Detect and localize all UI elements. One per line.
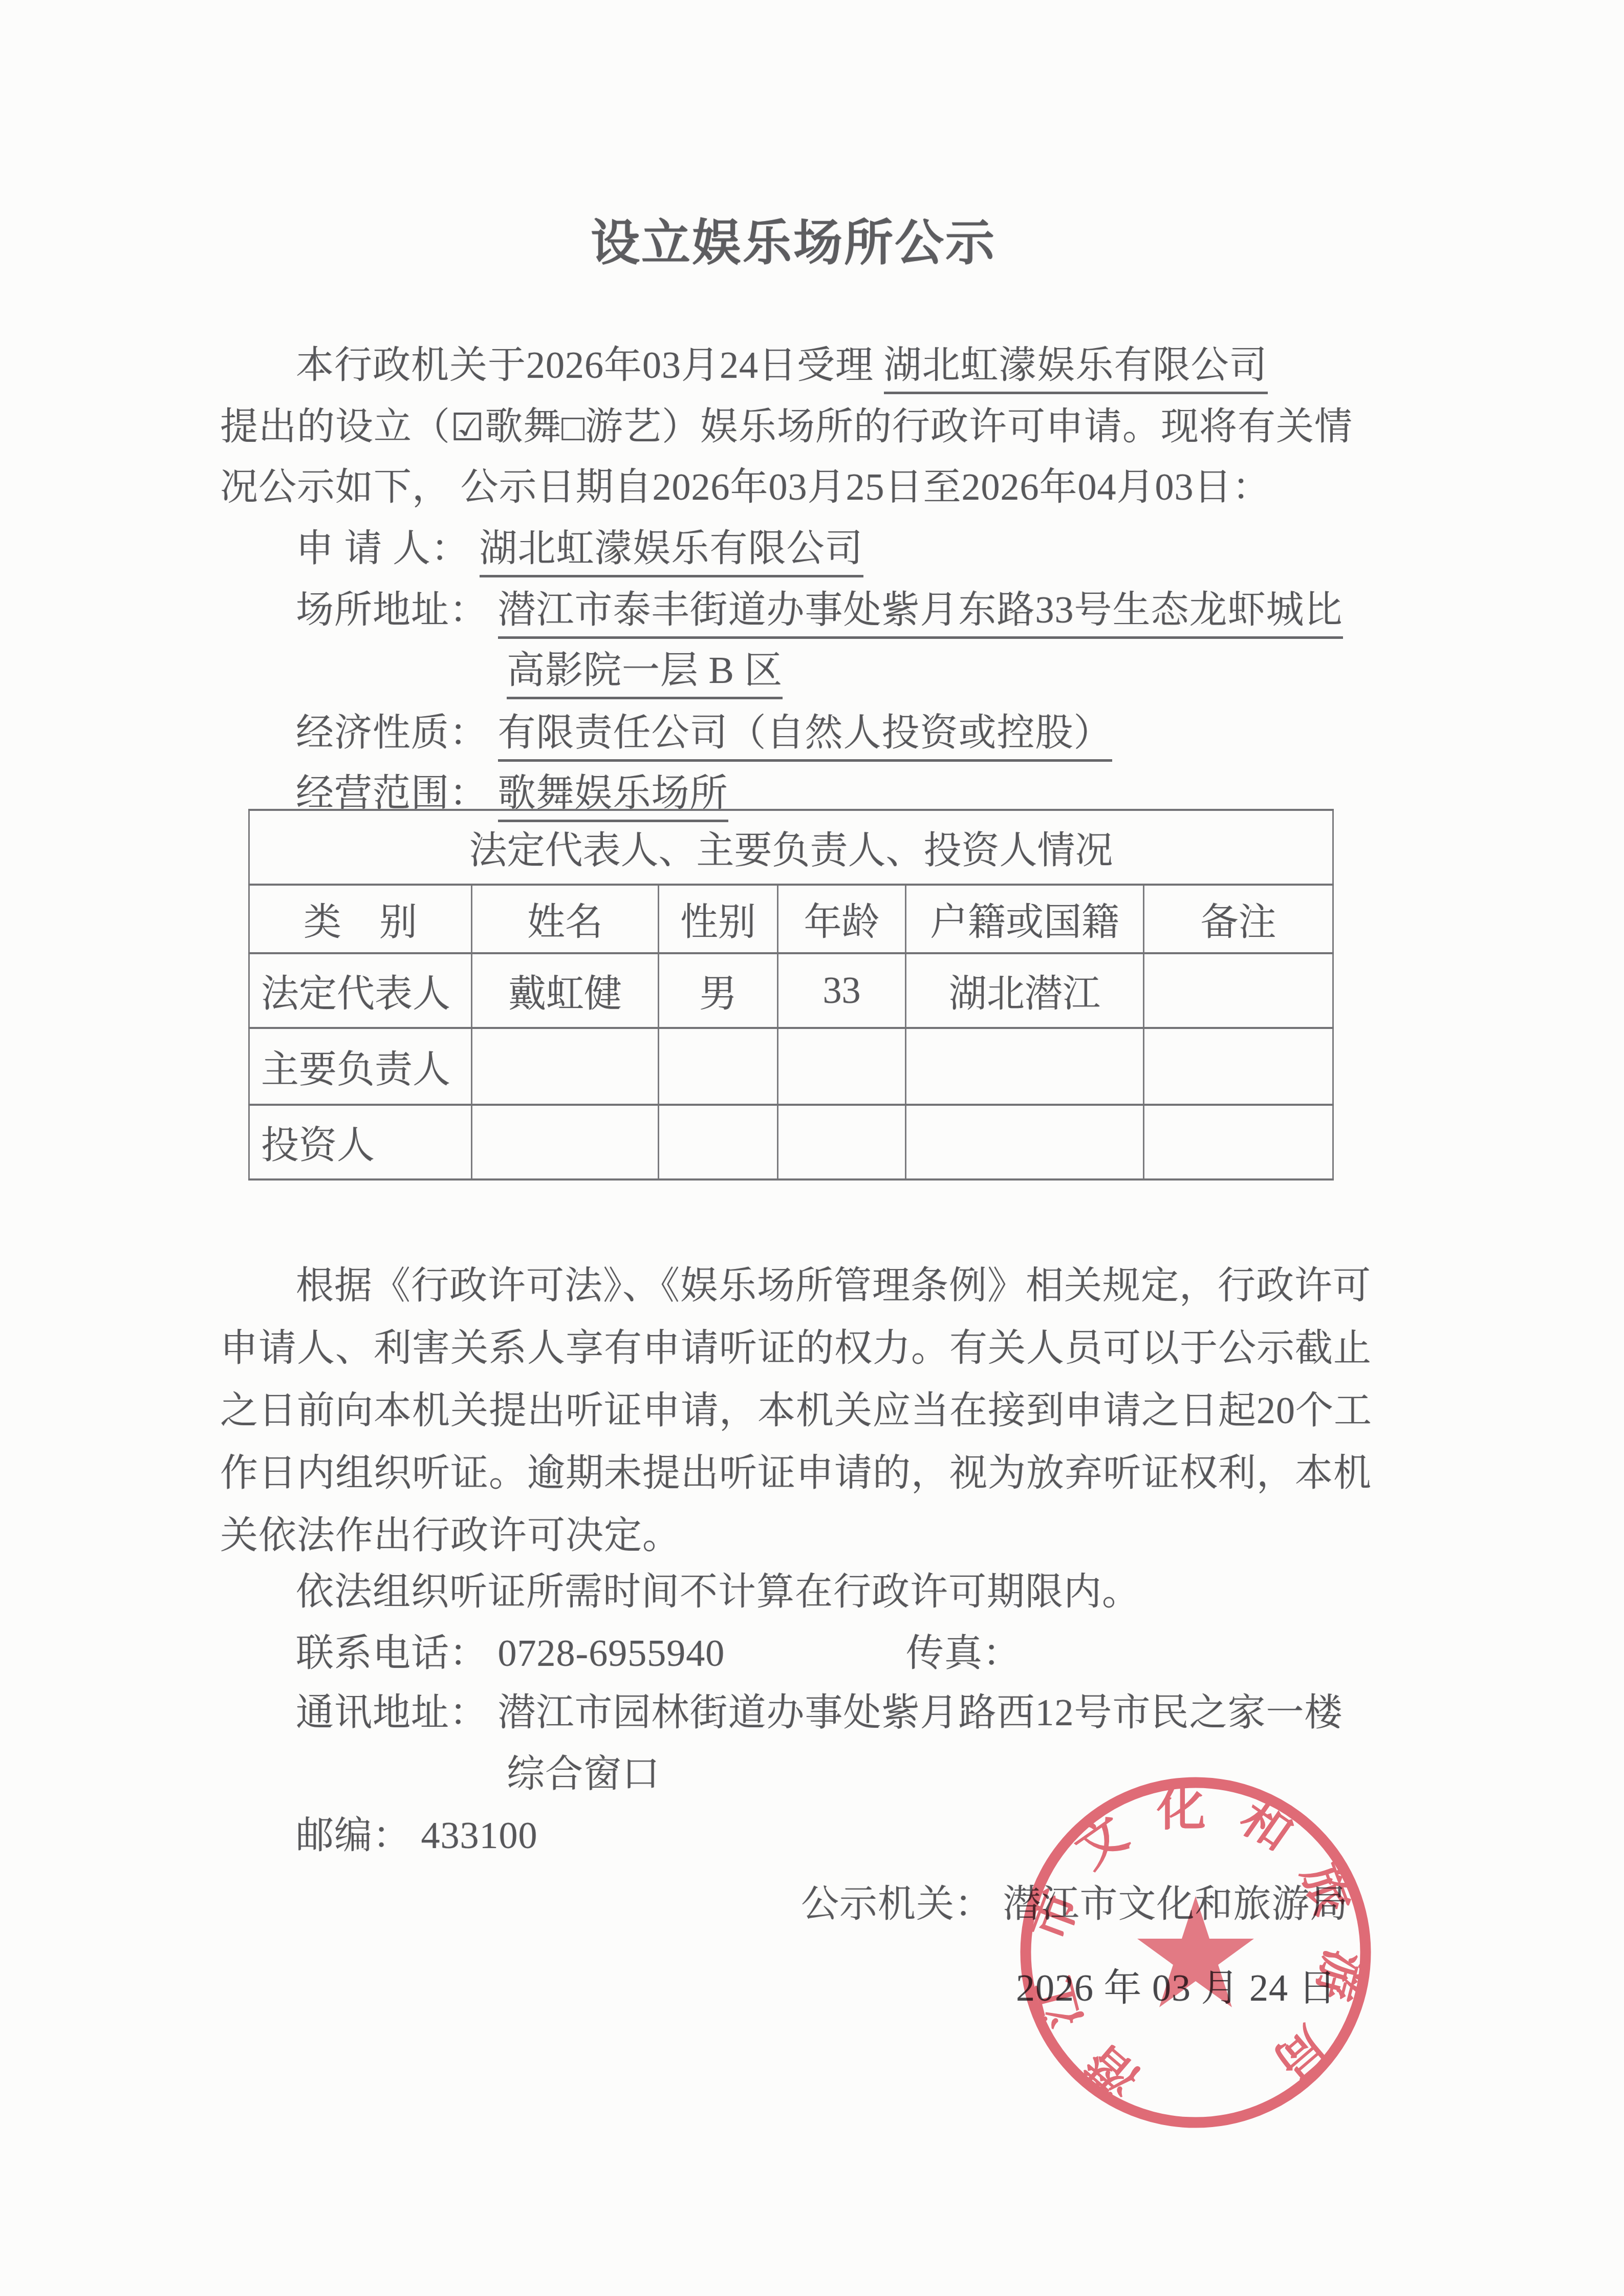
mailing-address-line2: 综合窗口 <box>507 1753 660 1796</box>
hearing-note: 依法组织听证所需时间不计算在行政许可期限内。 <box>296 1571 1140 1614</box>
legal-line-2: 申请人、利害关系人享有申请听证的权力。有关人员可以于公示截止 <box>220 1327 1372 1370</box>
cell-name: 戴虹健 <box>472 953 659 1028</box>
table-row-investor: 投资人 <box>249 1105 1333 1179</box>
mailing-address-label: 通讯地址： <box>296 1692 498 1734</box>
cell-remarks <box>1144 953 1333 1028</box>
cell-name <box>472 1028 659 1105</box>
fax-line: 传真： <box>906 1632 1021 1676</box>
applicant-name-underlined: 湖北虹濛娱乐有限公司 <box>884 345 1268 394</box>
intro-line-2: 提出的设立（☑歌舞□游艺）娱乐场所的行政许可申请。现将有关情 <box>220 405 1353 449</box>
intro-line2-pre: 提出的设立（ <box>220 406 450 448</box>
option-singing-dancing: 歌舞 <box>485 406 561 448</box>
field-venue-address: 场所地址： 潜江市泰丰街道办事处紫月东路33号生态龙虾城比 <box>296 589 1343 632</box>
cell-remarks <box>1144 1028 1333 1105</box>
col-header-residence: 户籍或国籍 <box>906 885 1144 953</box>
postcode-line: 邮编： 433100 <box>296 1814 538 1858</box>
table-caption: 法定代表人、主要负责人、投资人情况 <box>249 810 1333 885</box>
legal-line-1: 根据《行政许可法》、《娱乐场所管理条例》相关规定，行政许可 <box>296 1264 1371 1308</box>
field-economic-nature: 经济性质： 有限责任公司（自然人投资或控股） <box>296 712 1112 755</box>
checked-checkbox-icon: ☑ <box>450 406 485 450</box>
postcode-label: 邮编： <box>296 1815 421 1857</box>
mailing-address-value: 潜江市园林街道办事处紫月路西12号市民之家一楼 <box>498 1692 1343 1734</box>
phone-number: 0728-6955940 <box>498 1633 725 1675</box>
table-row-legal-rep: 法定代表人 戴虹健 男 33 湖北潜江 <box>249 953 1333 1028</box>
table-header-row: 类 别 姓名 性别 年龄 户籍或国籍 备注 <box>249 885 1333 953</box>
unchecked-checkbox-icon: □ <box>561 406 585 450</box>
col-header-category: 类 别 <box>249 885 472 953</box>
cell-residence <box>906 1028 1144 1105</box>
star-icon <box>1137 1896 1254 2007</box>
page-title: 设立娱乐场所公示 <box>220 204 1367 274</box>
field-venue-address-line2: 高影院一层 B 区 <box>507 649 783 693</box>
cell-category: 法定代表人 <box>249 953 472 1028</box>
field-venue-address-value: 潜江市泰丰街道办事处紫月东路33号生态龙虾城比 <box>498 589 1343 639</box>
cell-gender <box>659 1028 778 1105</box>
cell-age <box>778 1028 906 1105</box>
legal-line-5: 关依法作出行政许可决定。 <box>220 1514 681 1558</box>
cell-gender: 男 <box>659 953 778 1028</box>
cell-category: 投资人 <box>249 1105 472 1179</box>
field-applicant: 申 请 人： 湖北虹濛娱乐有限公司 <box>296 527 863 571</box>
legal-line-3: 之日前向本机关提出听证申请，本机关应当在接到申请之日起20个工 <box>220 1389 1372 1433</box>
table-caption-row: 法定代表人、主要负责人、投资人情况 <box>249 810 1333 885</box>
persons-table: 法定代表人、主要负责人、投资人情况 类 别 姓名 性别 年龄 户籍或国籍 备注 … <box>248 809 1334 1181</box>
cell-age: 33 <box>778 953 906 1028</box>
cell-residence: 湖北潜江 <box>906 953 1144 1028</box>
col-header-gender: 性别 <box>659 885 778 953</box>
field-economic-nature-label: 经济性质： <box>296 712 498 754</box>
col-header-age: 年龄 <box>778 885 906 953</box>
field-venue-address-label: 场所地址： <box>296 589 498 631</box>
fax-label: 传真： <box>906 1633 1021 1675</box>
seal-graphic: 潜江市文化和旅游局 <box>1001 1758 1390 2147</box>
authority-label: 公示机关： <box>801 1883 1003 1925</box>
col-header-name: 姓名 <box>472 885 659 953</box>
intro-line2-post: ）娱乐场所的行政许可申请。现将有关情 <box>662 406 1353 448</box>
field-applicant-label: 申 请 人： <box>296 528 480 570</box>
field-venue-address-value2: 高影院一层 B 区 <box>507 650 783 699</box>
postcode-value: 433100 <box>421 1815 538 1857</box>
intro-line-3: 况公示如下， 公示日期自2026年03月25日至2026年04月03日： <box>220 466 1271 509</box>
field-economic-nature-value: 有限责任公司（自然人投资或控股） <box>498 712 1112 762</box>
phone-line: 联系电话： 0728-6955940 <box>296 1632 725 1676</box>
scanned-notice-document: 设立娱乐场所公示 本行政机关于2026年03月24日受理 湖北虹濛娱乐有限公司 … <box>0 0 1624 2296</box>
cell-gender <box>659 1105 778 1179</box>
mailing-address-line: 通讯地址： 潜江市园林街道办事处紫月路西12号市民之家一楼 <box>296 1691 1343 1735</box>
table-row-principal: 主要负责人 <box>249 1028 1333 1105</box>
cell-residence <box>906 1105 1144 1179</box>
field-applicant-value: 湖北虹濛娱乐有限公司 <box>480 528 863 577</box>
cell-age <box>778 1105 906 1179</box>
phone-label: 联系电话： <box>296 1633 498 1675</box>
intro-line1-prefix: 本行政机关于2026年03月24日受理 <box>296 345 884 387</box>
cell-name <box>472 1105 659 1179</box>
cell-remarks <box>1144 1105 1333 1179</box>
cell-category: 主要负责人 <box>249 1028 472 1105</box>
field-business-scope-label: 经营范围： <box>296 773 498 814</box>
intro-line-1: 本行政机关于2026年03月24日受理 湖北虹濛娱乐有限公司 <box>296 344 1268 388</box>
col-header-remarks: 备注 <box>1144 885 1333 953</box>
legal-line-4: 作日内组织听证。逾期未提出听证申请的，视为放弃听证权利，本机 <box>220 1452 1372 1495</box>
option-games: 游艺 <box>585 406 662 448</box>
official-seal-stamp: 潜江市文化和旅游局 <box>1001 1758 1390 2147</box>
